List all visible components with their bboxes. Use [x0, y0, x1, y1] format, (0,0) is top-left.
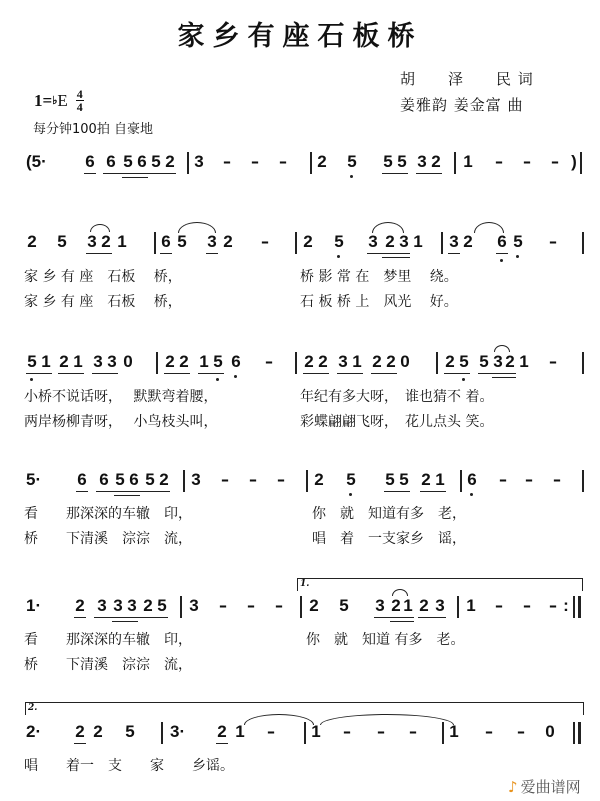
watermark-text: 爱曲谱网: [521, 776, 581, 797]
note: 6: [84, 152, 96, 172]
lyric-verse-1: 看 那深深的车辙 印，: [24, 631, 192, 649]
lyric-verse-1: 小桥不说话呀， 默默弯着腰，: [24, 388, 217, 406]
note: 6: [136, 152, 148, 172]
lyric-verse-1: 桥 影 常 在 梦里 绕。: [300, 268, 458, 286]
volta-bracket-2: 2.: [25, 702, 584, 715]
composer-credit: 姜雅韵 姜金富 曲: [400, 94, 524, 115]
lyric-verse-1: 你 就 知道 有多 老。: [306, 631, 464, 649]
lyric-verse-1: 唱 着一 支 家 乡谣。: [24, 757, 234, 775]
note: 5: [150, 152, 162, 172]
note: 3: [416, 152, 428, 172]
lyric-verse-2: 石 板 桥 上 风光 好。: [300, 293, 458, 311]
music-note-icon: ♪: [508, 778, 518, 796]
lyric-verse-1: 你 就 知道有多 老，: [312, 505, 466, 523]
score-line-5: 1· 23 33 25 3 ––– 25 321 23 1 ––– :: [0, 596, 600, 626]
score-line-6: 2· 225 3· 21 – 1 ––– 1 –– 0: [0, 722, 600, 752]
note: 2: [316, 152, 328, 172]
note: 6: [105, 152, 117, 172]
watermark: ♪ 爱曲谱网: [508, 776, 581, 797]
score-line-1: (5· 6 6 5 6 5 2 3 ––– 2 5 5 5 3 2 1 ––– …: [0, 152, 600, 182]
note: 3: [193, 152, 205, 172]
note: (5·: [26, 152, 66, 172]
time-top: 4: [77, 88, 83, 100]
note: 1: [462, 152, 474, 172]
note: 5: [396, 152, 408, 172]
song-title: 家乡有座石板桥: [0, 14, 600, 53]
note: 5: [122, 152, 134, 172]
tempo-marking: 每分钟100拍 自豪地: [33, 118, 153, 137]
lyric-verse-2: 桥 下清溪 淙淙 流，: [24, 656, 192, 674]
lyric-verse-1: 家 乡 有 座 石板 桥，: [24, 268, 182, 286]
volta-bracket-1: 1.: [297, 578, 583, 591]
score-line-3: 51 21 330 22 15 6 – 22 31 220 25 5321 –: [0, 352, 600, 382]
key-signature: 1= ♭ E 4 4: [34, 88, 84, 113]
lyric-verse-2: 两岸杨柳青呀， 小鸟枝头叫，: [24, 413, 217, 431]
lyric-verse-2: 桥 下清溪 淙淙 流，: [24, 530, 192, 548]
note: 2: [164, 152, 176, 172]
lyric-verse-2: 唱 着 一支家乡 谣，: [312, 530, 466, 548]
lyric-verse-2: 家 乡 有 座 石板 桥，: [24, 293, 182, 311]
lyric-verse-1: 年纪有多大呀， 谁也猜不 着。: [300, 388, 493, 406]
lyric-verse-1: 看 那深深的车辙 印，: [24, 505, 192, 523]
lyricist-credit: 胡 泽 民 词: [400, 68, 534, 89]
time-signature: 4 4: [76, 88, 84, 113]
lyric-verse-2: 彩蝶翩翩飞呀， 花儿点头 笑。: [300, 413, 493, 431]
note: 2: [430, 152, 442, 172]
note: ): [568, 152, 580, 172]
time-bottom: 4: [77, 101, 83, 113]
score-line-4: 5· 66 56 52 3 ––– 2 5 55 21 6 –––: [0, 470, 600, 500]
key-note: E: [57, 91, 67, 111]
key-tonic: 1=: [34, 91, 52, 111]
score-line-2: 25 321 65 32 – 2 5 3231 32 6 5 –: [0, 232, 600, 262]
note: 5: [382, 152, 394, 172]
note: 5: [346, 152, 358, 172]
